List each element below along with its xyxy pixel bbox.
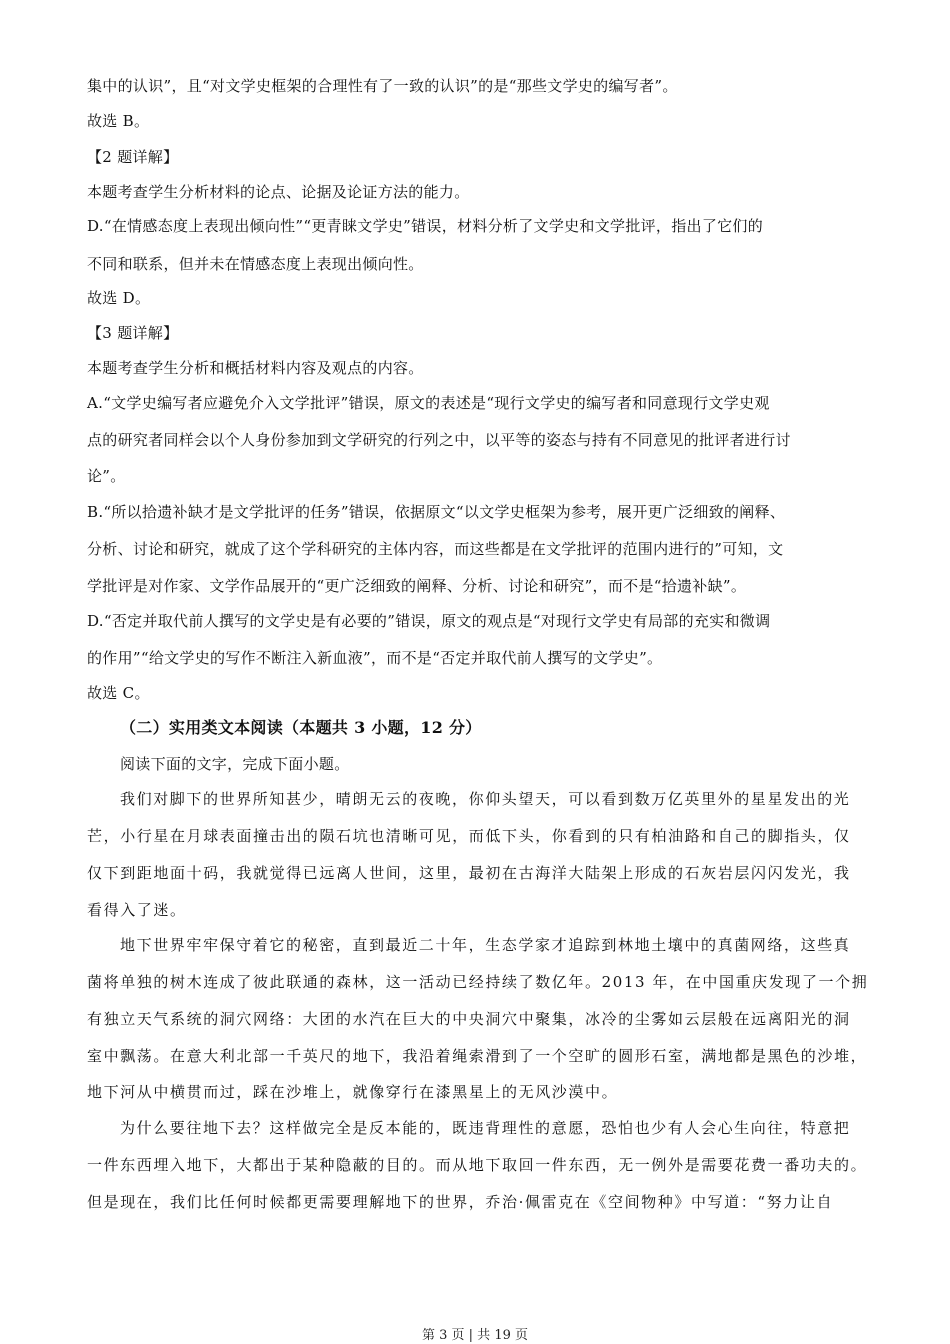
passage-p3-line2: 一件东西埋入地下，大都出于某种隐蔽的目的。而从地下取回一件东西，无一例外是需要花… xyxy=(87,1155,867,1175)
q3-option-d-line1: D.“否定并取代前人撰写的文学史是有必要的”错误，原文的观点是“对现行文学史有局… xyxy=(87,611,770,631)
q3-choice: 故选 C。 xyxy=(87,683,150,703)
q3-intro: 本题考查学生分析和概括材料内容及观点的内容。 xyxy=(87,358,424,378)
passage-p2-line2: 菌将单独的树木连成了彼此联通的森林，这一活动已经持续了数亿年。2013 年，在中… xyxy=(87,972,868,992)
q3-option-a-line3: 论”。 xyxy=(87,466,126,486)
q2-option-d-line1: D.“在情感态度上表现出倾向性”“更青睐文学史”错误，材料分析了文学史和文学批评… xyxy=(87,216,763,236)
q2-option-d-line2: 不同和联系，但并未在情感态度上表现出倾向性。 xyxy=(87,254,424,274)
passage-p2-line3: 有独立天气系统的洞穴网络：大团的水汽在巨大的中央洞穴中聚集，冰冷的尘雾如云层般在… xyxy=(87,1009,851,1029)
passage-p1-line3: 仅下到距地面十码，我就觉得已远离人世间，这里，最初在古海洋大陆架上形成的石灰岩层… xyxy=(87,863,851,883)
passage-p1-line2: 芒，小行星在月球表面撞击出的陨石坑也清晰可见，而低下头，你看到的只有柏油路和自己… xyxy=(87,826,851,846)
page-footer: 第 3 页 | 共 19 页 xyxy=(0,1324,950,1343)
q3-title: 【3 题详解】 xyxy=(87,323,178,343)
passage-p2-line1: 地下世界牢牢保守着它的秘密，直到最近二十年，生态学家才追踪到林地土壤中的真菌网络… xyxy=(120,935,850,955)
section-instruction: 阅读下面的文字，完成下面小题。 xyxy=(120,754,350,774)
q3-option-b-line1: B.“所以拾遗补缺才是文学批评的任务”错误，依据原文“以文学史框架为参考，展开更… xyxy=(87,502,785,522)
section-heading: （二）实用类文本阅读（本题共 3 小题，12 分） xyxy=(120,718,482,738)
q2-choice: 故选 D。 xyxy=(87,288,150,308)
q2-title: 【2 题详解】 xyxy=(87,147,178,167)
q3-option-a-line2: 点的研究者同样会以个人身份参加到文学研究的行列之中，以平等的姿态与持有不同意见的… xyxy=(87,430,791,450)
answer-q1-tail: 集中的认识”，且“对文学史框架的合理性有了一致的认识”的是“那些文学史的编写者”… xyxy=(87,76,678,96)
passage-p2-line5: 地下河从中横贯而过，踩在沙堆上，就像穿行在漆黑星上的无风沙漠中。 xyxy=(87,1082,618,1102)
q3-option-a-line1: A.“文学史编写者应避免介入文学批评”错误，原文的表述是“现行文学史的编写者和同… xyxy=(87,393,770,413)
q3-option-b-line3: 学批评是对作家、文学作品展开的“更广泛细致的阐释、分析、讨论和研究”，而不是“拾… xyxy=(87,576,746,596)
passage-p1-line4: 看得入了迷。 xyxy=(87,900,187,920)
passage-p2-line4: 室中飘荡。在意大利北部一千英尺的地下，我沿着绳索滑到了一个空旷的圆形石室，满地都… xyxy=(87,1046,867,1066)
q3-option-b-line2: 分析、讨论和研究，就成了这个学科研究的主体内容，而这些都是在文学批评的范围内进行… xyxy=(87,539,783,559)
answer-q1-choice: 故选 B。 xyxy=(87,111,149,131)
q2-intro: 本题考查学生分析材料的论点、论据及论证方法的能力。 xyxy=(87,182,470,202)
passage-p3-line1: 为什么要往地下去？这样做完全是反本能的，既违背理性的意愿，恐怕也少有人会心生向往… xyxy=(120,1118,850,1138)
passage-p3-line3: 但是现在，我们比任何时候都更需要理解地下的世界，乔治·佩雷克在《空间物种》中写道… xyxy=(87,1192,833,1212)
passage-p1-line1: 我们对脚下的世界所知甚少，晴朗无云的夜晚，你仰头望天，可以看到数万亿英里外的星星… xyxy=(120,789,850,809)
document-page: 集中的认识”，且“对文学史框架的合理性有了一致的认识”的是“那些文学史的编写者”… xyxy=(0,0,950,1344)
q3-option-d-line2: 的作用”“给文学史的写作不断注入新血液”，而不是“否定并取代前人撰写的文学史”。 xyxy=(87,648,662,668)
